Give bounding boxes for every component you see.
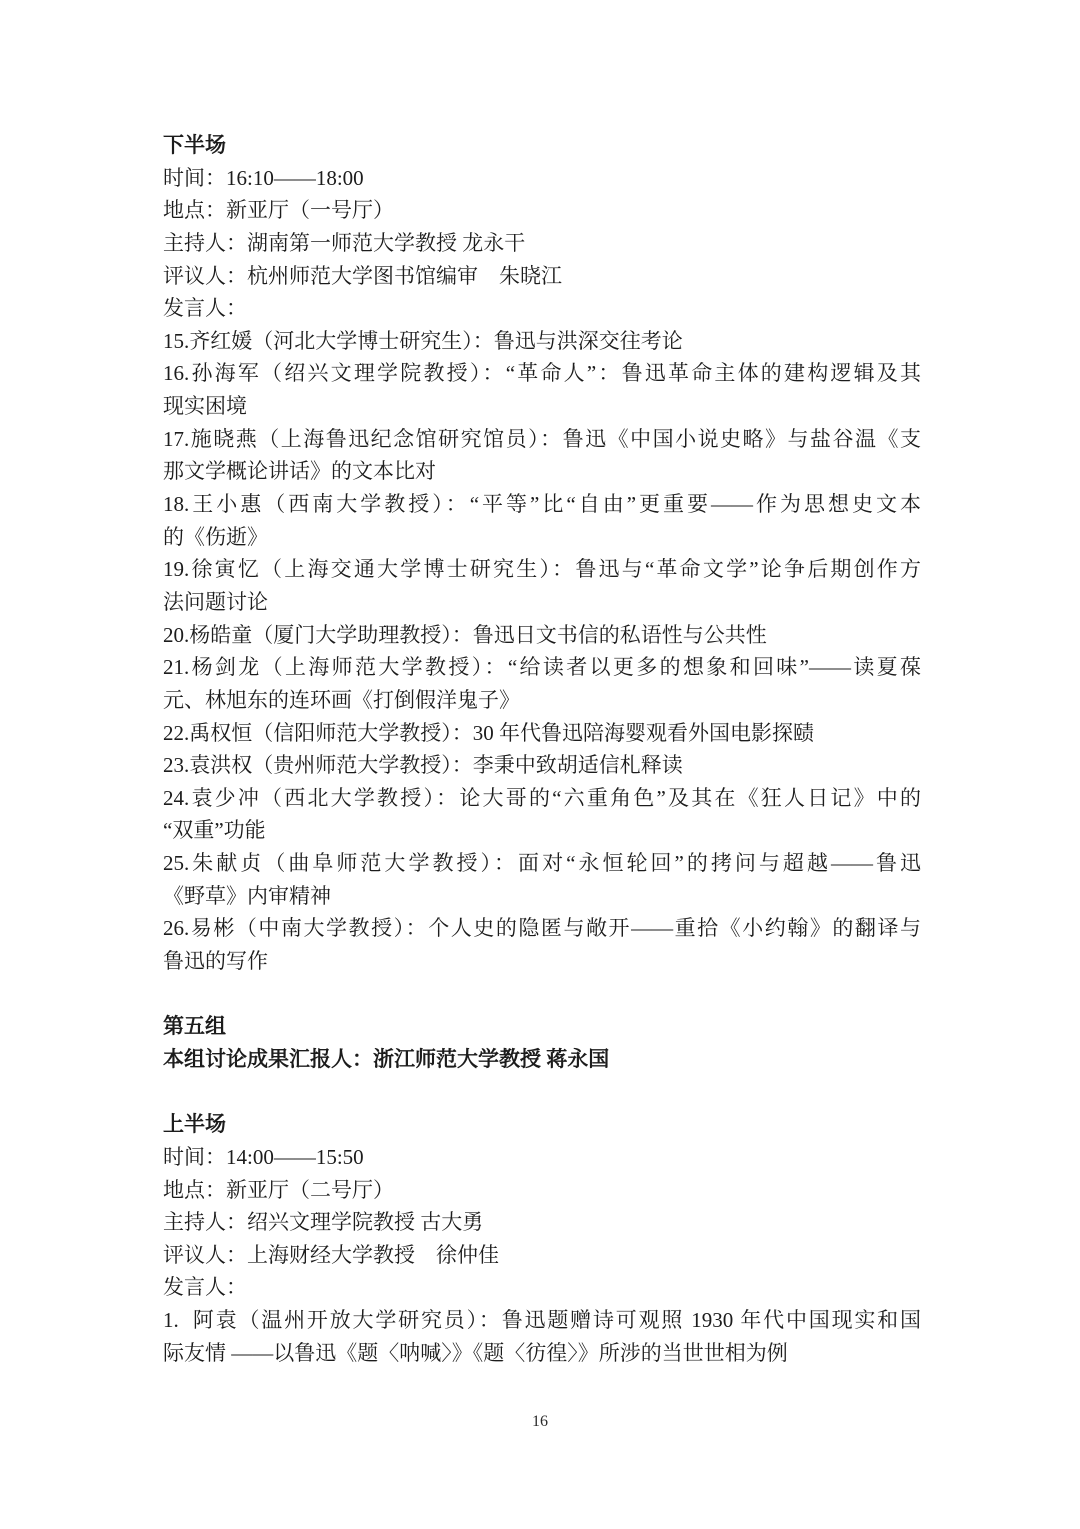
speaker-item-continuation: 际友情 ——以鲁迅《题〈呐喊〉》《题〈彷徨〉》所涉的当世世相为例 [163, 1337, 921, 1370]
speaker-item: 19.徐寅忆（上海交通大学博士研究生）：鲁迅与“革命文学”论争后期创作方 [163, 553, 921, 586]
speaker-item: 15.齐红媛（河北大学博士研究生）：鲁迅与洪深交往考论 [163, 325, 921, 358]
group-reporter: 本组讨论成果汇报人：浙江师范大学教授 蒋永国 [163, 1043, 921, 1076]
speaker-item-continuation: 的《伤逝》 [163, 521, 921, 554]
document-content: 下半场时间：16:10——18:00地点：新亚厅（一号厅）主持人：湖南第一师范大… [163, 129, 921, 1369]
speaker-item: 25.朱献贞（曲阜师范大学教授）：面对“永恒轮回”的拷问与超越——鲁迅 [163, 847, 921, 880]
speaker-item: 17.施晓燕（上海鲁迅纪念馆研究馆员）：鲁迅《中国小说史略》与盐谷温《支 [163, 423, 921, 456]
speaker-item: 18.王小惠（西南大学教授）：“平等”比“自由”更重要——作为思想史文本 [163, 488, 921, 521]
speaker-item-continuation: 那文学概论讲话》的文本比对 [163, 455, 921, 488]
session-discussant: 评议人：杭州师范大学图书馆编审 朱晓江 [163, 260, 921, 293]
session-venue: 地点：新亚厅（一号厅） [163, 194, 921, 227]
speaker-item-continuation: 法问题讨论 [163, 586, 921, 619]
speaker-item: 22.禹权恒（信阳师范大学教授）：30 年代鲁迅陪海婴观看外国电影探赜 [163, 717, 921, 750]
session-time: 时间：14:00——15:50 [163, 1141, 921, 1174]
session-heading: 下半场 [163, 129, 921, 162]
speaker-item-continuation: 鲁迅的写作 [163, 945, 921, 978]
speaker-item: 1. 阿袁（温州开放大学研究员）：鲁迅题赠诗可观照 1930 年代中国现实和国 [163, 1304, 921, 1337]
blank-line [163, 1076, 921, 1109]
speaker-item-continuation: “双重”功能 [163, 814, 921, 847]
session-time: 时间：16:10——18:00 [163, 162, 921, 195]
document-page: 下半场时间：16:10——18:00地点：新亚厅（一号厅）主持人：湖南第一师范大… [0, 0, 1080, 1529]
speakers-label: 发言人： [163, 292, 921, 325]
speaker-item: 24.袁少冲（西北大学教授）：论大哥的“六重角色”及其在《狂人日记》中的 [163, 782, 921, 815]
speaker-item: 21.杨剑龙（上海师范大学教授）：“给读者以更多的想象和回味”——读夏葆 [163, 651, 921, 684]
session-host: 主持人：绍兴文理学院教授 古大勇 [163, 1206, 921, 1239]
speaker-item: 20.杨皓童（厦门大学助理教授）：鲁迅日文书信的私语性与公共性 [163, 619, 921, 652]
session-venue: 地点：新亚厅（二号厅） [163, 1174, 921, 1207]
blank-line [163, 978, 921, 1011]
group-heading: 第五组 [163, 1010, 921, 1043]
speaker-item-continuation: 现实困境 [163, 390, 921, 423]
speaker-item: 23.袁洪权（贵州师范大学教授）：李秉中致胡适信札释读 [163, 749, 921, 782]
speakers-label: 发言人： [163, 1271, 921, 1304]
speaker-item-continuation: 《野草》内审精神 [163, 880, 921, 913]
session-host: 主持人：湖南第一师范大学教授 龙永干 [163, 227, 921, 260]
speaker-item-continuation: 元、林旭东的连环画《打倒假洋鬼子》 [163, 684, 921, 717]
speaker-item: 16.孙海军（绍兴文理学院教授）：“革命人”：鲁迅革命主体的建构逻辑及其 [163, 357, 921, 390]
session-discussant: 评议人：上海财经大学教授 徐仲佳 [163, 1239, 921, 1272]
session-heading: 上半场 [163, 1108, 921, 1141]
speaker-item: 26.易彬（中南大学教授）：个人史的隐匿与敞开——重拾《小约翰》的翻译与 [163, 912, 921, 945]
page-number: 16 [0, 1410, 1080, 1434]
